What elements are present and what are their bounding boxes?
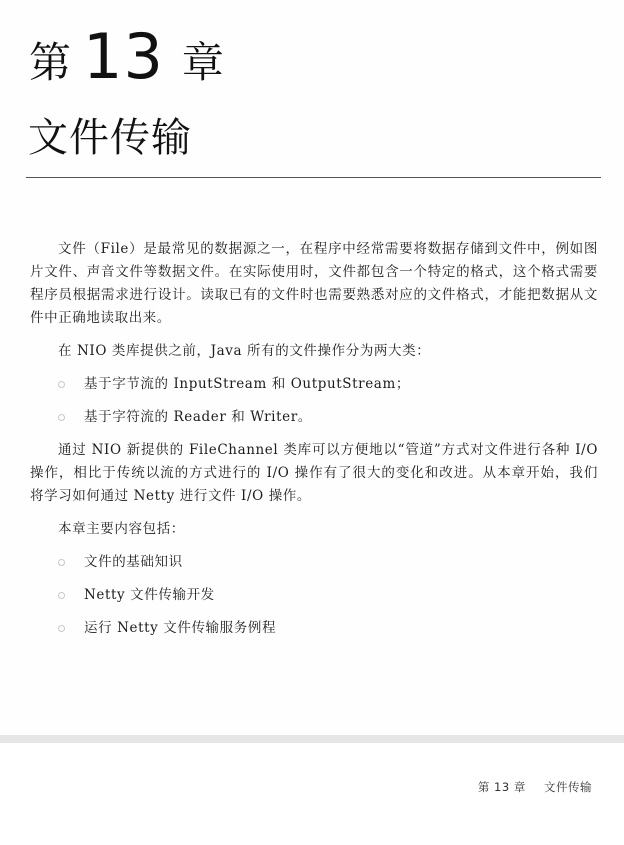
chapter-heading: 第 13 章: [29, 18, 224, 88]
io-categories-intro: 在 NIO 类库提供之前，Java 所有的文件操作分为两大类：: [30, 340, 598, 363]
intro-paragraph: 文件（File）是最常见的数据源之一，在程序中经常需要将数据存储到文件中，例如图…: [30, 238, 598, 330]
page-separator: [0, 735, 624, 743]
running-header: 第 13 章 文件传输: [478, 779, 592, 795]
circle-bullet-icon: [58, 592, 65, 599]
list-item: 运行 Netty 文件传输服务例程: [30, 617, 598, 640]
list-item-text: Netty 文件传输开发: [84, 584, 215, 607]
list-item-text: 基于字节流的 InputStream 和 OutputStream；: [84, 373, 410, 396]
chapter-title: 文件传输: [28, 118, 192, 158]
chapter-body: 文件（File）是最常见的数据源之一，在程序中经常需要将数据存储到文件中，例如图…: [30, 238, 598, 640]
filechannel-paragraph: 通过 NIO 新提供的 FileChannel 类库可以方便地以“管道”方式对文…: [30, 439, 598, 508]
list-item-text: 基于字符流的 Reader 和 Writer。: [84, 406, 312, 429]
list-item-text: 文件的基础知识: [84, 551, 183, 574]
circle-bullet-icon: [58, 625, 65, 632]
circle-bullet-icon: [58, 381, 65, 388]
list-item-text: 运行 Netty 文件传输服务例程: [84, 617, 276, 640]
io-categories-list: 基于字节流的 InputStream 和 OutputStream； 基于字符流…: [30, 373, 598, 429]
running-header-chapter: 第 13 章: [478, 780, 526, 794]
list-item: 基于字节流的 InputStream 和 OutputStream；: [30, 373, 598, 396]
title-divider: [26, 177, 601, 178]
chapter-number: 13: [83, 26, 164, 88]
running-header-title: 文件传输: [544, 780, 592, 794]
circle-bullet-icon: [58, 559, 65, 566]
chapter-suffix: 章: [182, 42, 224, 84]
circle-bullet-icon: [58, 414, 65, 421]
list-item: 文件的基础知识: [30, 551, 598, 574]
chapter-contents-list: 文件的基础知识 Netty 文件传输开发 运行 Netty 文件传输服务例程: [30, 551, 598, 640]
chapter-prefix: 第: [29, 42, 71, 84]
contents-intro: 本章主要内容包括：: [30, 518, 598, 541]
list-item: Netty 文件传输开发: [30, 584, 598, 607]
list-item: 基于字符流的 Reader 和 Writer。: [30, 406, 598, 429]
